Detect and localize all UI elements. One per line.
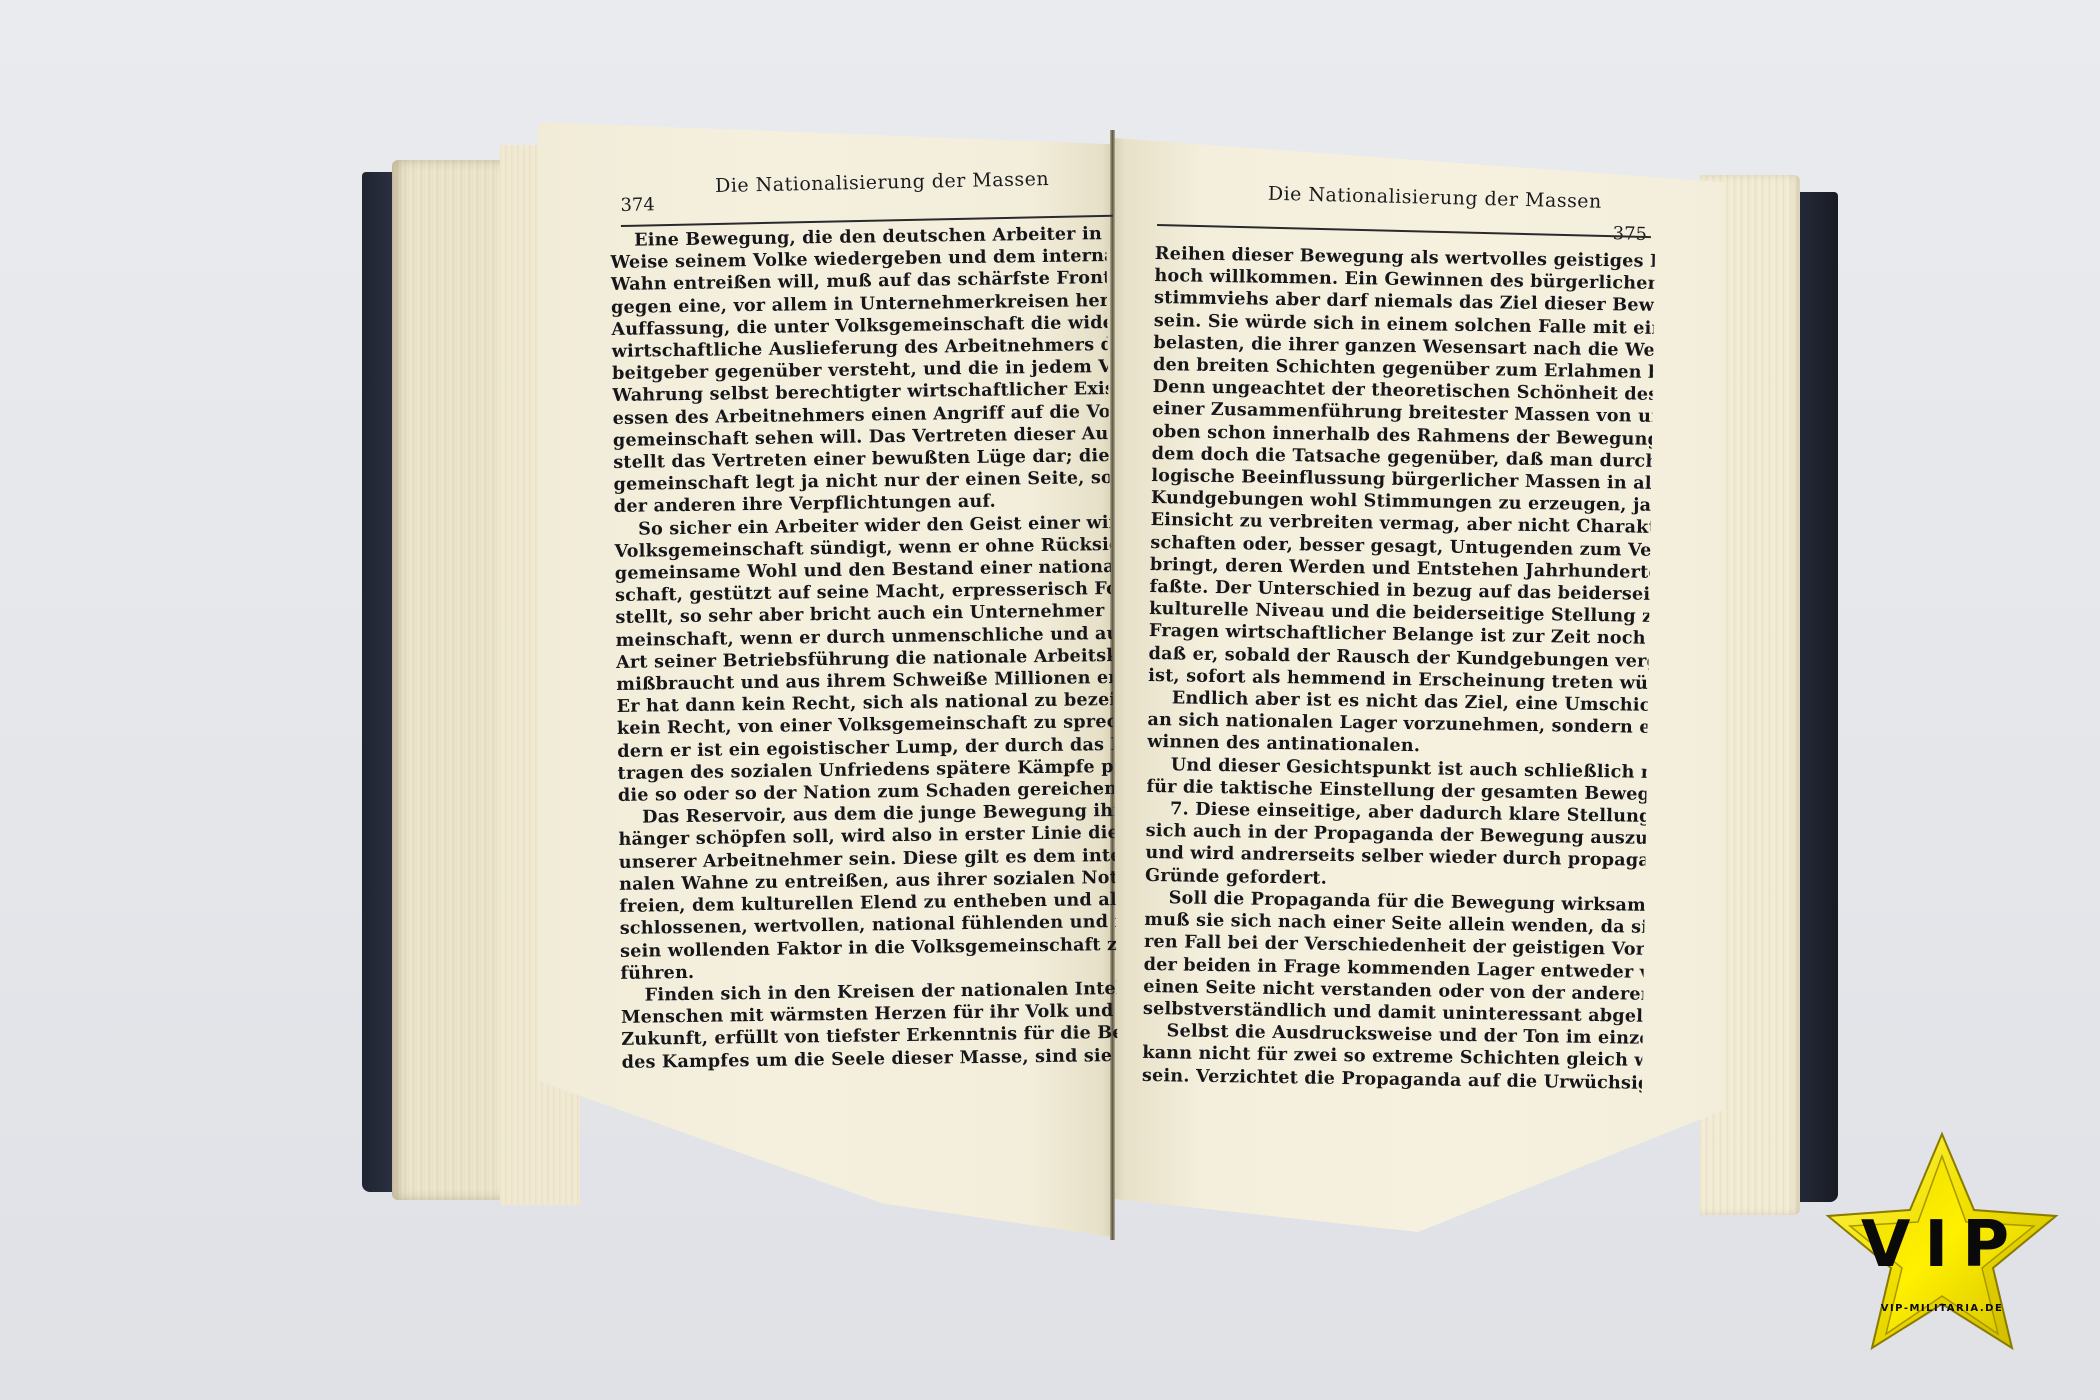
vip-militaria-logo: VIP VIP-MILITARIA.DE [1812, 1126, 2072, 1366]
logo-title: VIP [1861, 1208, 2023, 1282]
photo-scene: 374 Die Nationalisierung der Massen Die … [0, 0, 2100, 1400]
left-page-text: Eine Bewegung, die den deutschen Arbeite… [610, 223, 1118, 1074]
right-page-text: Reihen dieser Bewegung als wertvolles ge… [1142, 243, 1655, 1094]
right-page-number: 375 [1612, 223, 1647, 245]
left-page-number: 374 [620, 194, 655, 216]
logo-subtitle: VIP-MILITARIA.DE [1881, 1303, 2004, 1314]
gold-star-icon: VIP VIP-MILITARIA.DE [1812, 1126, 2072, 1366]
